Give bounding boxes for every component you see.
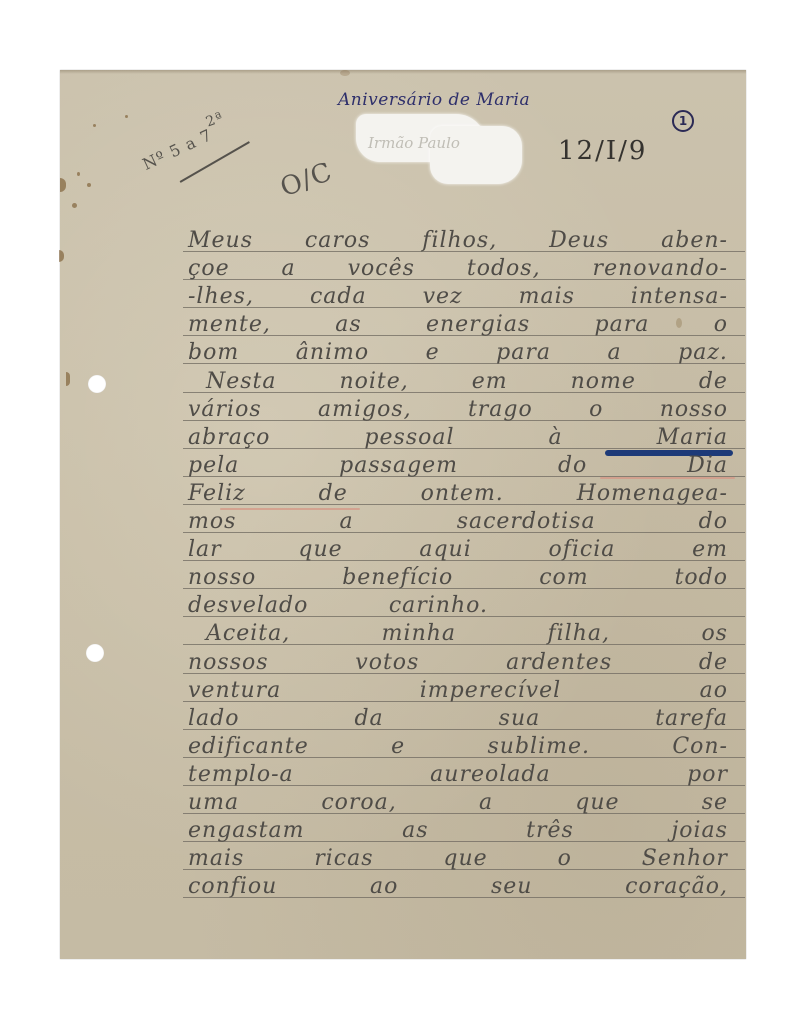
document-title: Aniversário de Maria — [338, 90, 530, 110]
handwritten-word: Dia — [687, 454, 728, 478]
handwritten-word: sacerdotisa — [457, 510, 596, 534]
handwritten-word: sublime. — [487, 735, 590, 759]
handwritten-line: templo-aaureoladapor — [188, 763, 728, 787]
stain — [93, 124, 96, 127]
handwritten-word: que — [575, 791, 619, 815]
handwritten-word: caros — [305, 229, 371, 253]
handwritten-word: confiou — [188, 875, 277, 899]
handwritten-word: lado — [188, 707, 239, 731]
stain — [60, 178, 66, 192]
handwritten-word: Homenagea- — [577, 482, 728, 506]
handwritten-word: do — [699, 510, 728, 534]
handwritten-word: Meus — [188, 229, 253, 253]
handwritten-word: a — [479, 791, 493, 815]
handwritten-word: nosso — [188, 566, 256, 590]
handwritten-word: coração, — [625, 875, 728, 899]
handwritten-word: três — [526, 819, 574, 843]
initials-mark: O/C — [276, 157, 336, 203]
handwritten-word: para — [595, 313, 650, 337]
handwritten-word: bom — [188, 341, 239, 365]
handwritten-word: trago — [468, 398, 533, 422]
handwritten-word: à — [549, 426, 563, 450]
handwritten-word: ventura — [188, 679, 281, 703]
stain — [77, 172, 80, 176]
handwritten-word: seu — [491, 875, 532, 899]
handwritten-word: tarefa — [655, 707, 728, 731]
handwritten-word: e — [426, 341, 440, 365]
handwritten-word: em — [472, 370, 508, 394]
handwritten-word: o — [558, 847, 572, 871]
handwritten-line: umacoroa,aquese — [188, 791, 728, 815]
handwritten-line: confiouaoseucoração, — [188, 875, 728, 899]
stain — [87, 183, 91, 187]
handwritten-line: váriosamigos,tragoonosso — [188, 398, 728, 422]
handwritten-word: cada — [310, 285, 367, 309]
handwritten-word: intensa- — [631, 285, 728, 309]
handwritten-word: sua — [499, 707, 541, 731]
handwritten-word: vários — [188, 398, 262, 422]
handwritten-word: se — [702, 791, 728, 815]
handwritten-word: noite, — [339, 370, 408, 394]
handwritten-line: venturaimperecívelao — [188, 679, 728, 703]
handwritten-word: que — [443, 847, 487, 871]
handwritten-line: ladodasuatarefa — [188, 707, 728, 731]
handwritten-word: com — [539, 566, 588, 590]
handwritten-word: lar — [188, 538, 222, 562]
stain — [340, 70, 350, 76]
handwritten-word: a — [339, 510, 353, 534]
handwritten-line: çoeavocêstodos,renovando- — [188, 257, 728, 281]
handwritten-word: todo — [675, 566, 728, 590]
handwritten-word: energias — [426, 313, 530, 337]
handwritten-line: mosasacerdotisado — [188, 510, 728, 534]
handwritten-line: nossobenefíciocomtodo — [188, 566, 728, 590]
handwritten-word: de — [699, 370, 728, 394]
redacted-text-ghost: Irmão Paulo — [368, 134, 460, 152]
handwritten-word: carinho. — [389, 594, 488, 618]
handwritten-word: que — [298, 538, 342, 562]
handwritten-word: imperecível — [420, 679, 561, 703]
handwritten-word: coroa, — [321, 791, 396, 815]
handwritten-word: ardentes — [506, 651, 612, 675]
handwritten-line: larqueaquioficiaem — [188, 538, 728, 562]
handwritten-word: engastam — [188, 819, 305, 843]
handwritten-line: desveladocarinho. — [188, 594, 488, 618]
handwritten-word: çoe — [188, 257, 230, 281]
handwritten-word: as — [402, 819, 428, 843]
handwritten-word: uma — [188, 791, 239, 815]
handwritten-line: nossosvotosardentesde — [188, 651, 728, 675]
handwritten-word: templo-a — [188, 763, 294, 787]
handwritten-word: ânimo — [296, 341, 369, 365]
handwritten-word: votos — [355, 651, 419, 675]
handwritten-word: por — [687, 763, 728, 787]
handwritten-line: Meuscarosfilhos,Deusaben- — [188, 229, 728, 253]
handwritten-line: Aceita,minhafilha,os — [206, 622, 728, 646]
handwritten-word: pela — [188, 454, 239, 478]
handwritten-word: Nesta — [206, 370, 277, 394]
handwritten-word: paz. — [678, 341, 728, 365]
handwritten-word: benefício — [342, 566, 453, 590]
handwritten-word: abraço — [188, 426, 270, 450]
handwritten-line: edificanteesublime.Con- — [188, 735, 728, 759]
handwritten-word: Maria — [657, 426, 728, 450]
handwritten-word: pessoal — [364, 426, 454, 450]
handwritten-word: mente, — [188, 313, 271, 337]
handwritten-word: filha, — [547, 622, 610, 646]
handwritten-word: Deus — [549, 229, 609, 253]
handwritten-word: minha — [382, 622, 456, 646]
handwritten-line: mente,asenergiasparao — [188, 313, 728, 337]
handwritten-word: o — [589, 398, 603, 422]
handwritten-word: de — [699, 651, 728, 675]
handwritten-word: os — [701, 622, 728, 646]
handwritten-word: ao — [370, 875, 398, 899]
handwritten-word: aqui — [419, 538, 471, 562]
handwritten-word: filhos, — [422, 229, 497, 253]
handwritten-line: bomânimoeparaapaz. — [188, 341, 728, 365]
handwritten-word: do — [558, 454, 587, 478]
handwritten-word: ontem. — [421, 482, 504, 506]
handwritten-word: e — [391, 735, 405, 759]
letter-date: 12/I/9 — [558, 136, 647, 166]
handwritten-line: Felizdeontem.Homenagea- — [188, 482, 728, 506]
handwritten-word: edificante — [188, 735, 309, 759]
handwritten-word: renovando- — [593, 257, 728, 281]
handwritten-word: nossos — [188, 651, 269, 675]
handwritten-word: o — [714, 313, 728, 337]
handwritten-word: mais — [519, 285, 575, 309]
handwritten-word: desvelado — [188, 594, 308, 618]
handwritten-line: engastamastrêsjoias — [188, 819, 728, 843]
handwritten-word: Senhor — [642, 847, 728, 871]
handwritten-word: a — [608, 341, 622, 365]
handwritten-line: Nestanoite,emnomede — [206, 370, 728, 394]
handwritten-word: ao — [700, 679, 728, 703]
handwritten-word: ricas — [314, 847, 373, 871]
handwritten-word: nome — [571, 370, 636, 394]
handwritten-word: mos — [188, 510, 236, 534]
handwritten-line: pelapassagemdoDia — [188, 454, 728, 478]
page-number-badge: 1 — [672, 110, 694, 132]
handwritten-line: -lhes,cadavezmaisintensa- — [188, 285, 728, 309]
handwritten-word: mais — [188, 847, 244, 871]
stain — [125, 115, 128, 118]
stain — [72, 203, 77, 208]
handwritten-word: vocês — [348, 257, 415, 281]
letter-page: Aniversário de Maria 2ª Nº 5 a 7 O/C Irm… — [60, 70, 746, 959]
handwritten-word: todos, — [467, 257, 541, 281]
handwritten-word: Aceita, — [206, 622, 290, 646]
handwritten-word: vez — [423, 285, 463, 309]
page-top-edge — [60, 70, 746, 74]
handwritten-word: em — [692, 538, 728, 562]
punch-hole-top — [88, 375, 106, 393]
handwritten-word: -lhes, — [188, 285, 254, 309]
handwritten-word: passagem — [339, 454, 458, 478]
handwritten-word: aureolada — [430, 763, 550, 787]
handwritten-word: amigos, — [318, 398, 412, 422]
handwritten-word: aben- — [661, 229, 728, 253]
handwritten-word: Con- — [672, 735, 728, 759]
handwritten-word: para — [496, 341, 551, 365]
handwritten-word: nosso — [660, 398, 728, 422]
handwritten-word: oficia — [548, 538, 615, 562]
stain — [66, 372, 70, 386]
handwritten-line: maisricasqueoSenhor — [188, 847, 728, 871]
handwritten-word: joias — [671, 819, 728, 843]
handwritten-word: as — [335, 313, 361, 337]
stain — [59, 250, 64, 262]
handwritten-word: Feliz — [188, 482, 246, 506]
handwritten-line: abraçopessoalàMaria — [188, 426, 728, 450]
punch-hole-bottom — [86, 644, 104, 662]
handwritten-word: da — [354, 707, 383, 731]
handwritten-word: a — [282, 257, 296, 281]
handwritten-word: de — [319, 482, 348, 506]
